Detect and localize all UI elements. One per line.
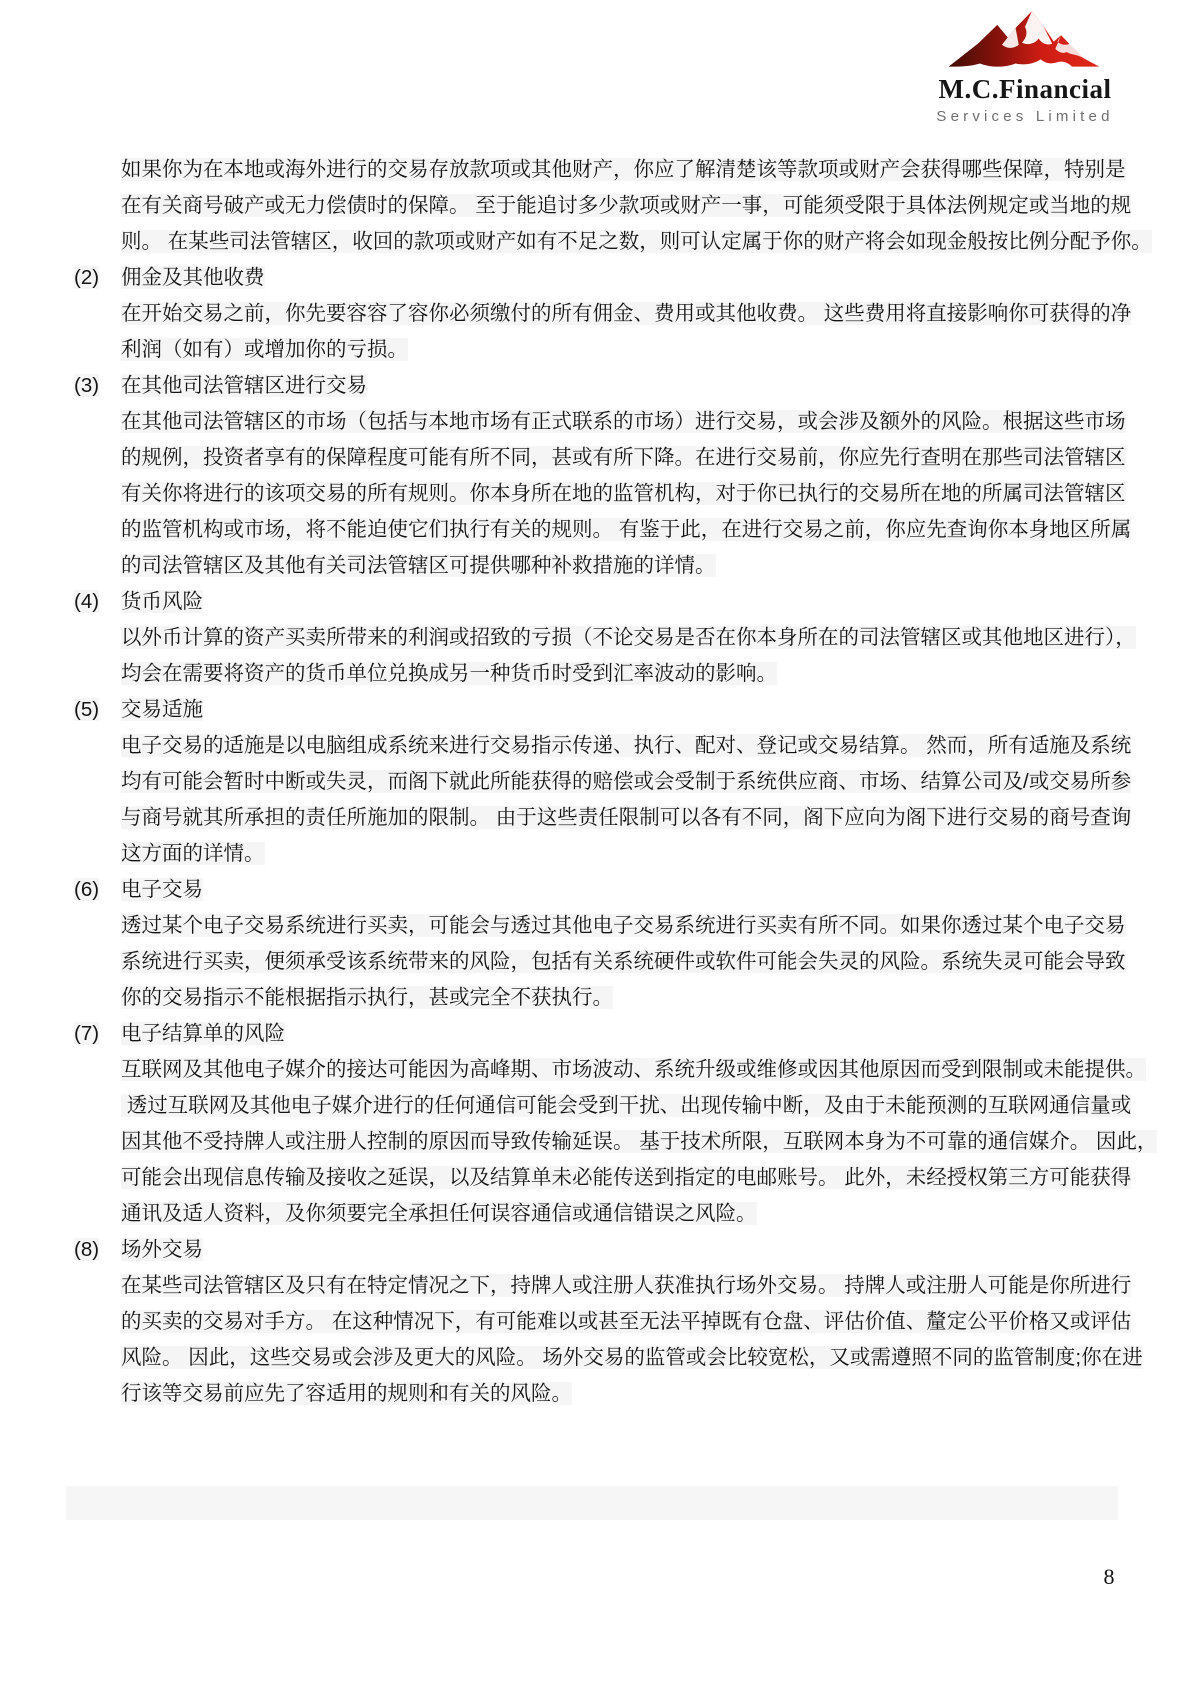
page: M.C.Financial Services Limited 如果你为在本地或海… — [0, 0, 1190, 1683]
section-body-line: 在开始交易之前，你先要容容了容你必须缴付的所有佣金、费用或其他收费。 这些费用将… — [121, 296, 1190, 332]
section-number: (6) — [74, 872, 121, 908]
intro-number-gutter — [74, 152, 121, 188]
section-number-gutter — [74, 764, 121, 800]
text-line: 透过互联网及其他电子媒介进行的任何通信可能会受到干扰、出现传输中断，及由于未能预… — [0, 1088, 1190, 1124]
text-line: 在有关商号破产或无力偿债时的保障。 至于能追讨多少款项或财产一事，可能须受限于具… — [0, 188, 1190, 224]
section-number-gutter — [74, 332, 121, 368]
text-line: 均会在需要将资产的货币单位兑换成另一种货币时受到汇率波动的影响。 — [0, 656, 1190, 692]
text-line: 与商号就其所承担的责任所施加的限制。 由于这些责任限制可以各有不同，阁下应向为阁… — [0, 800, 1190, 836]
section-number: (7) — [74, 1016, 121, 1052]
text-line: 你的交易指示不能根据指示执行，甚或完全不获执行。 — [0, 980, 1190, 1016]
section-body-line: 行该等交易前应先了容适用的规则和有关的风险。 — [121, 1376, 1190, 1412]
company-logo: M.C.Financial Services Limited — [918, 6, 1132, 124]
section-body-line: 系统进行买卖，便须承受该系统带来的风险，包括有关系统硬件或软件可能会失灵的风险。… — [121, 944, 1190, 980]
section-number: (4) — [74, 584, 121, 620]
section-body-line: 可能会出现信息传输及接收之延误，以及结算单未必能传送到指定的电邮账号。 此外，未… — [121, 1160, 1190, 1196]
section-number-gutter — [74, 1268, 121, 1304]
text-line: 以外币计算的资产买卖所带来的利润或招致的亏损（不论交易是否在你本身所在的司法管辖… — [0, 620, 1190, 656]
text-line: (7)电子结算单的风险 — [0, 1016, 1190, 1052]
section-number-gutter — [74, 1376, 121, 1412]
text-line: 因其他不受持牌人或注册人控制的原因而导致传输延误。 基于技术所限，互联网本身为不… — [0, 1124, 1190, 1160]
text-line: (6)电子交易 — [0, 872, 1190, 908]
section-number: (8) — [74, 1232, 121, 1268]
section-heading: 电子结算单的风险 — [121, 1016, 1190, 1052]
text-line: 行该等交易前应先了容适用的规则和有关的风险。 — [0, 1376, 1190, 1412]
section-number-gutter — [74, 1088, 121, 1124]
document-body: 如果你为在本地或海外进行的交易存放款项或其他财产，你应了解清楚该等款项或财产会获… — [0, 152, 1190, 1412]
text-line: 的司法管辖区及其他有关司法管辖区可提供哪种补救措施的详情。 — [0, 548, 1190, 584]
text-line: 互联网及其他电子媒介的接达可能因为高峰期、市场波动、系统升级或维修或因其他原因而… — [0, 1052, 1190, 1088]
section-number-gutter — [74, 296, 121, 332]
section-number-gutter — [74, 656, 121, 692]
intro-paragraph-line: 如果你为在本地或海外进行的交易存放款项或其他财产，你应了解清楚该等款项或财产会获… — [121, 152, 1190, 188]
text-line: 利润（如有）或增加你的亏损。 — [0, 332, 1190, 368]
section-body-line: 的规例，投资者享有的保障程度可能有所不同，甚或有所下降。在进行交易前，你应先行查… — [121, 440, 1190, 476]
section-body-line: 通讯及适人资料，及你须要完全承担任何误容通信或通信错误之风险。 — [121, 1196, 1190, 1232]
text-line: 在其他司法管辖区的市场（包括与本地市场有正式联系的市场）进行交易，或会涉及额外的… — [0, 404, 1190, 440]
section-heading: 在其他司法管辖区进行交易 — [121, 368, 1190, 404]
section-number-gutter — [74, 1124, 121, 1160]
section-number-gutter — [74, 836, 121, 872]
text-line: 在开始交易之前，你先要容容了容你必须缴付的所有佣金、费用或其他收费。 这些费用将… — [0, 296, 1190, 332]
section-number-gutter — [74, 800, 121, 836]
text-line: 这方面的详情。 — [0, 836, 1190, 872]
text-line: 可能会出现信息传输及接收之延误，以及结算单未必能传送到指定的电邮账号。 此外，未… — [0, 1160, 1190, 1196]
text-line: 如果你为在本地或海外进行的交易存放款项或其他财产，你应了解清楚该等款项或财产会获… — [0, 152, 1190, 188]
section-body-line: 以外币计算的资产买卖所带来的利润或招致的亏损（不论交易是否在你本身所在的司法管辖… — [121, 620, 1190, 656]
section-body-line: 均会在需要将资产的货币单位兑换成另一种货币时受到汇率波动的影响。 — [121, 656, 1190, 692]
section-body-line: 这方面的详情。 — [121, 836, 1190, 872]
section-body-line: 的司法管辖区及其他有关司法管辖区可提供哪种补救措施的详情。 — [121, 548, 1190, 584]
section-number-gutter — [74, 944, 121, 980]
section-heading: 佣金及其他收费 — [121, 260, 1190, 296]
section-body-line: 利润（如有）或增加你的亏损。 — [121, 332, 1190, 368]
text-line: (5)交易适施 — [0, 692, 1190, 728]
text-line: (2)佣金及其他收费 — [0, 260, 1190, 296]
text-line: 透过某个电子交易系统进行买卖，可能会与透过其他电子交易系统进行买卖有所不同。如果… — [0, 908, 1190, 944]
text-line: 的规例，投资者享有的保障程度可能有所不同，甚或有所下降。在进行交易前，你应先行查… — [0, 440, 1190, 476]
section-number-gutter — [74, 1340, 121, 1376]
section-number-gutter — [74, 440, 121, 476]
text-line: (8)场外交易 — [0, 1232, 1190, 1268]
logo-company-subtitle: Services Limited — [918, 109, 1132, 124]
section-number-gutter — [74, 908, 121, 944]
section-body-line: 在某些司法管辖区及只有在特定情况之下，持牌人或注册人获准执行场外交易。 持牌人或… — [121, 1268, 1190, 1304]
section-number-gutter — [74, 620, 121, 656]
logo-company-name: M.C.Financial — [918, 76, 1132, 103]
section-number-gutter — [74, 1052, 121, 1088]
section-body-line: 在其他司法管辖区的市场（包括与本地市场有正式联系的市场）进行交易，或会涉及额外的… — [121, 404, 1190, 440]
text-line: 均有可能会暂时中断或失灵，而阁下就此所能获得的赔偿或会受制于系统供应商、市场、结… — [0, 764, 1190, 800]
section-body-line: 互联网及其他电子媒介的接达可能因为高峰期、市场波动、系统升级或维修或因其他原因而… — [121, 1052, 1190, 1088]
page-number: 8 — [1096, 1564, 1122, 1590]
section-number: (5) — [74, 692, 121, 728]
section-body-line: 透过某个电子交易系统进行买卖，可能会与透过其他电子交易系统进行买卖有所不同。如果… — [121, 908, 1190, 944]
text-line: (4)货币风险 — [0, 584, 1190, 620]
text-line: 有关你将进行的该项交易的所有规则。你本身所在地的监管机构，对于你已执行的交易所在… — [0, 476, 1190, 512]
text-line: 电子交易的适施是以电脑组成系统来进行交易指示传递、执行、配对、登记或交易结算。 … — [0, 728, 1190, 764]
text-line: 系统进行买卖，便须承受该系统带来的风险，包括有关系统硬件或软件可能会失灵的风险。… — [0, 944, 1190, 980]
intro-number-gutter — [74, 224, 121, 260]
text-line: 的买卖的交易对手方。 在这种情况下，有可能难以或甚至无法平掉既有仓盘、评估价值、… — [0, 1304, 1190, 1340]
section-body-line: 电子交易的适施是以电脑组成系统来进行交易指示传递、执行、配对、登记或交易结算。 … — [121, 728, 1190, 764]
section-body-line: 的监管机构或市场，将不能迫使它们执行有关的规则。 有鉴于此，在进行交易之前，你应… — [121, 512, 1190, 548]
section-body-line: 均有可能会暂时中断或失灵，而阁下就此所能获得的赔偿或会受制于系统供应商、市场、结… — [121, 764, 1190, 800]
section-number: (3) — [74, 368, 121, 404]
section-body-line: 的买卖的交易对手方。 在这种情况下，有可能难以或甚至无法平掉既有仓盘、评估价值、… — [121, 1304, 1190, 1340]
section-heading: 货币风险 — [121, 584, 1190, 620]
intro-paragraph-line: 则。 在某些司法管辖区，收回的款项或财产如有不足之数，则可认定属于你的财产将会如… — [121, 224, 1190, 260]
section-heading: 电子交易 — [121, 872, 1190, 908]
section-number-gutter — [74, 512, 121, 548]
text-line: 通讯及适人资料，及你须要完全承担任何误容通信或通信错误之风险。 — [0, 1196, 1190, 1232]
scan-artifact-band — [66, 1486, 1118, 1520]
section-number-gutter — [74, 1304, 121, 1340]
text-line: 则。 在某些司法管辖区，收回的款项或财产如有不足之数，则可认定属于你的财产将会如… — [0, 224, 1190, 260]
section-number-gutter — [74, 1160, 121, 1196]
section-body-line: 与商号就其所承担的责任所施加的限制。 由于这些责任限制可以各有不同，阁下应向为阁… — [121, 800, 1190, 836]
section-body-line: 你的交易指示不能根据指示执行，甚或完全不获执行。 — [121, 980, 1190, 1016]
section-number-gutter — [74, 980, 121, 1016]
text-line: 在某些司法管辖区及只有在特定情况之下，持牌人或注册人获准执行场外交易。 持牌人或… — [0, 1268, 1190, 1304]
intro-paragraph-line: 在有关商号破产或无力偿债时的保障。 至于能追讨多少款项或财产一事，可能须受限于具… — [121, 188, 1190, 224]
text-line: 的监管机构或市场，将不能迫使它们执行有关的规则。 有鉴于此，在进行交易之前，你应… — [0, 512, 1190, 548]
text-line: (3)在其他司法管辖区进行交易 — [0, 368, 1190, 404]
section-body-line: 有关你将进行的该项交易的所有规则。你本身所在地的监管机构，对于你已执行的交易所在… — [121, 476, 1190, 512]
text-line: 风险。 因此，这些交易或会涉及更大的风险。 场外交易的监管或会比较宽松，又或需遵… — [0, 1340, 1190, 1376]
section-body-line: 透过互联网及其他电子媒介进行的任何通信可能会受到干扰、出现传输中断，及由于未能预… — [121, 1088, 1190, 1124]
section-number-gutter — [74, 548, 121, 584]
intro-number-gutter — [74, 188, 121, 224]
section-heading: 交易适施 — [121, 692, 1190, 728]
section-number: (2) — [74, 260, 121, 296]
section-body-line: 风险。 因此，这些交易或会涉及更大的风险。 场外交易的监管或会比较宽松，又或需遵… — [121, 1340, 1190, 1376]
section-number-gutter — [74, 476, 121, 512]
section-number-gutter — [74, 404, 121, 440]
section-body-line: 因其他不受持牌人或注册人控制的原因而导致传输延误。 基于技术所限，互联网本身为不… — [121, 1124, 1190, 1160]
mountain-icon — [943, 6, 1107, 74]
section-heading: 场外交易 — [121, 1232, 1190, 1268]
section-number-gutter — [74, 728, 121, 764]
section-number-gutter — [74, 1196, 121, 1232]
